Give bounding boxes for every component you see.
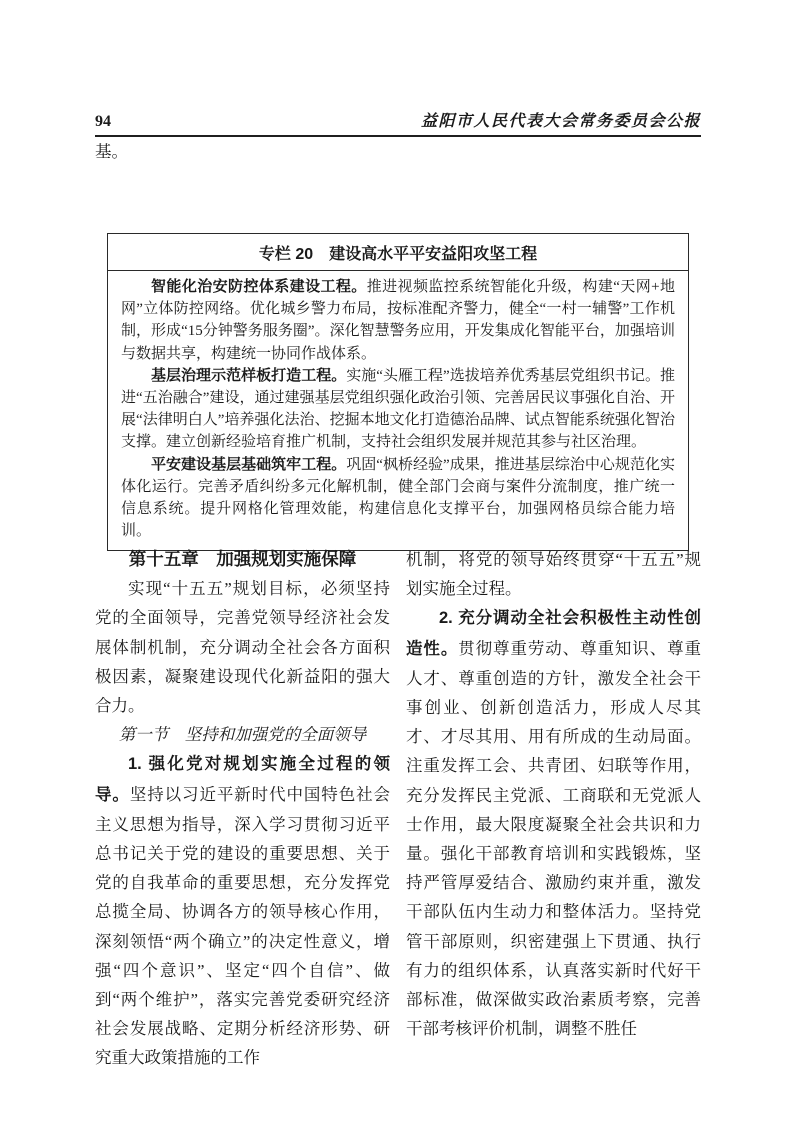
item1-paragraph: 1. 强化党对规划实施全过程的领导。坚持以习近平新时代中国特色社会主义思想为指导… xyxy=(95,749,390,1072)
callout-paragraph-3: 平安建设基层基础筑牢工程。巩固“枫桥经验”成果，推进基层综治中心规范化实体化运行… xyxy=(121,454,675,543)
item2-paragraph: 2. 充分调动全社会积极性主动性创造性。贯彻尊重劳动、尊重知识、尊重人才、尊重创… xyxy=(406,603,701,1043)
callout-box-title: 专栏 20 建设高水平平安益阳攻坚工程 xyxy=(108,234,688,271)
callout-box-body: 智能化治安防控体系建设工程。推进视频监控系统智能化升级，构建“天网+地网”立体防… xyxy=(108,271,688,550)
item2-text: 贯彻尊重劳动、尊重知识、尊重人才、尊重创造的方针，激发全社会干事创业、创新创造活… xyxy=(406,639,701,1039)
document-page: 94 益阳市人民代表大会常务委员会公报 基。 专栏 20 建设高水平平安益阳攻坚… xyxy=(0,0,794,1122)
callout-paragraph-3-lead: 平安建设基层基础筑牢工程。 xyxy=(151,456,346,473)
section-heading: 第一节 坚持和加强党的全面领导 xyxy=(95,720,390,749)
page-header: 94 益阳市人民代表大会常务委员会公报 xyxy=(95,108,701,137)
publication-title: 益阳市人民代表大会常务委员会公报 xyxy=(421,108,701,131)
left-column: 第十五章 加强规划实施保障 实现“十五五”规划目标，必须坚持党的全面领导，完善党… xyxy=(95,545,390,1073)
item1-continuation: 机制，将党的领导始终贯穿“十五五”规划实施全过程。 xyxy=(406,545,701,603)
chapter-intro-paragraph: 实现“十五五”规划目标，必须坚持党的全面领导，完善党领导经济社会发展体制机制，充… xyxy=(95,574,390,720)
callout-box: 专栏 20 建设高水平平安益阳攻坚工程 智能化治安防控体系建设工程。推进视频监控… xyxy=(107,233,689,551)
right-column: 机制，将党的领导始终贯穿“十五五”规划实施全过程。 2. 充分调动全社会积极性主… xyxy=(406,545,701,1073)
callout-paragraph-1-lead: 智能化治安防控体系建设工程。 xyxy=(151,278,367,295)
opening-paragraph: 基。 xyxy=(95,140,701,164)
callout-paragraph-1: 智能化治安防控体系建设工程。推进视频监控系统智能化升级，构建“天网+地网”立体防… xyxy=(121,276,675,365)
item1-text-left: 坚持以习近平新时代中国特色社会主义思想为指导，深入学习贯彻习近平总书记关于党的建… xyxy=(95,785,390,1068)
callout-paragraph-2-lead: 基层治理示范样板打造工程。 xyxy=(151,367,346,384)
page-number: 94 xyxy=(95,113,111,131)
chapter-heading: 第十五章 加强规划实施保障 xyxy=(95,545,390,574)
callout-paragraph-2: 基层治理示范样板打造工程。实施“头雁工程”选拔培养优秀基层党组织书记。推进“五治… xyxy=(121,365,675,454)
body-columns: 第十五章 加强规划实施保障 实现“十五五”规划目标，必须坚持党的全面领导，完善党… xyxy=(95,545,701,1073)
